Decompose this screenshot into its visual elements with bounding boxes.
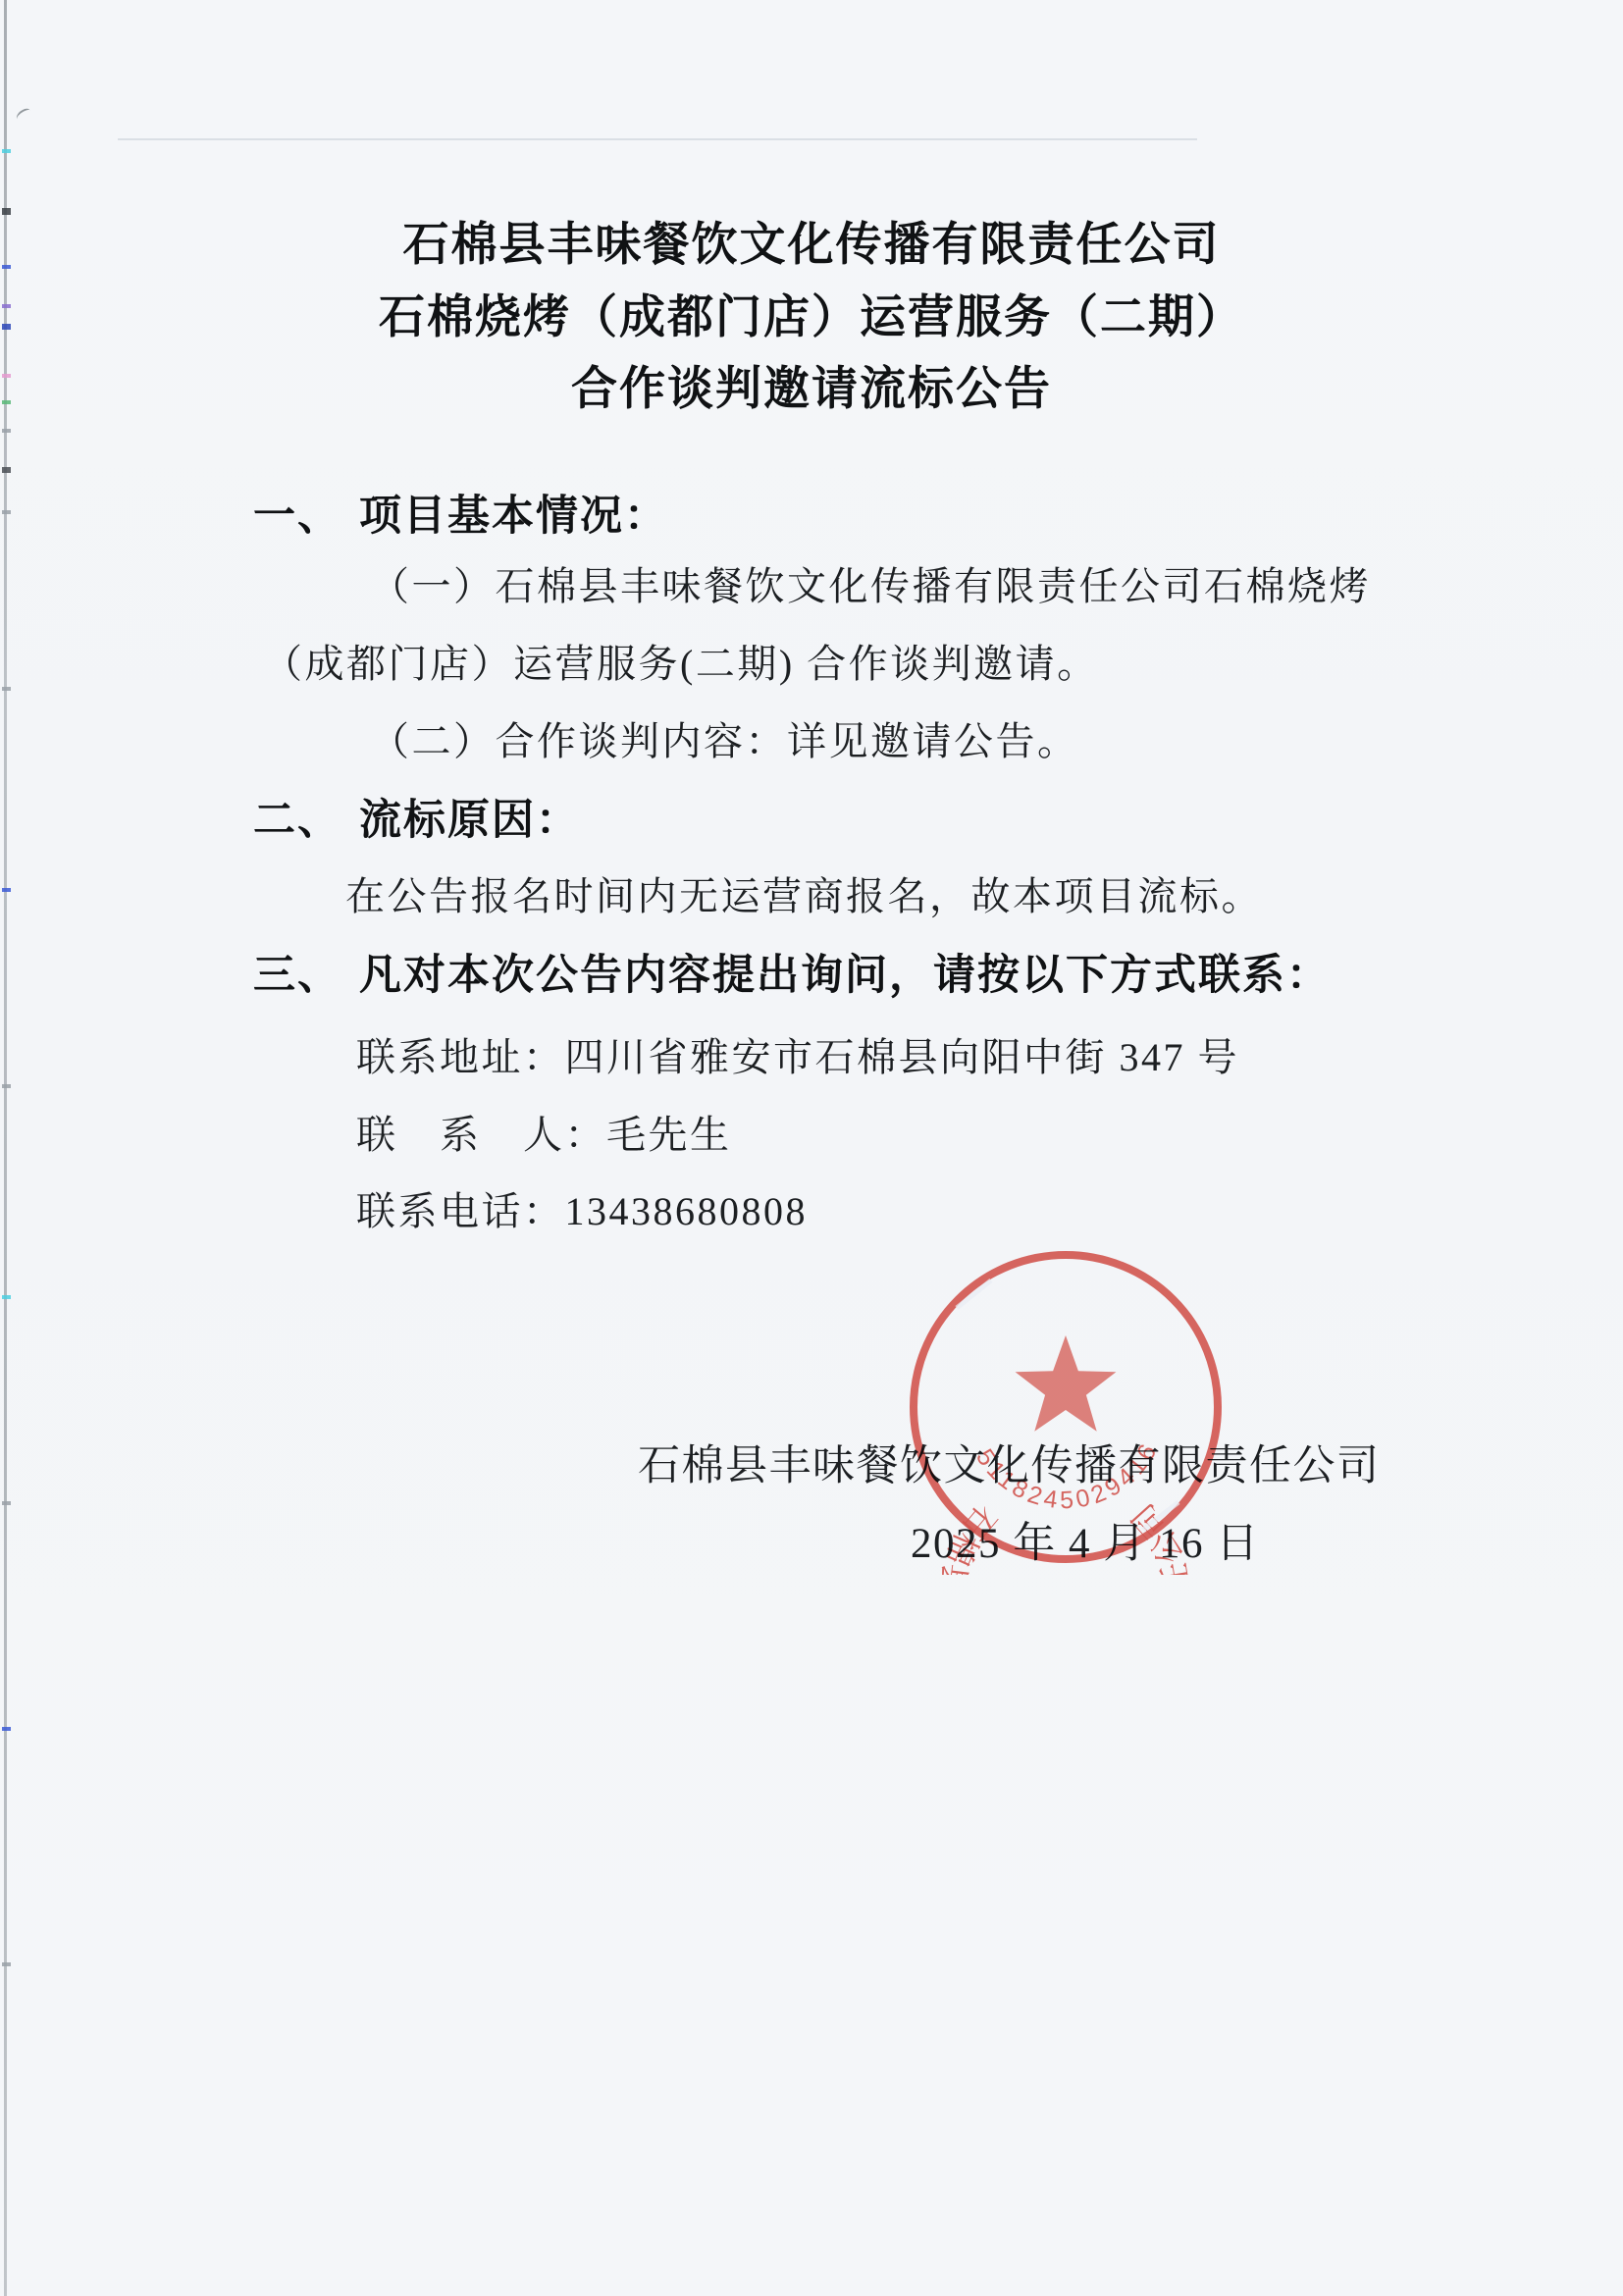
document-title-line1: 石棉县丰味餐饮文化传播有限责任公司 [0,208,1623,274]
section2-title: 流标原因： [359,797,580,844]
scan-artifact-tick [2,1727,11,1731]
svg-text:5118245029416: 5118245029416 [970,1436,1164,1514]
seal-serial-number: 5118245029416 [970,1436,1164,1514]
scan-artifact-tick [2,888,11,892]
contact-person: 联 系 人：毛先生 [356,1104,732,1160]
company-seal-stamp: 石棉县丰味餐饮文化传播有限责任公司 5118245029416 [898,1239,1233,1575]
contact-address: 联系地址：四川省雅安市石棉县向阳中街 347 号 [356,1026,1239,1082]
section2-number: 二、 [253,787,341,847]
document-title-line3: 合作谈判邀请流标公告 [0,352,1623,418]
paragraph-2: （二）合作谈判内容：详见邀请公告。 [370,710,1079,766]
scan-artifact-tick [2,1962,11,1966]
section2-heading: 二、流标原因： [253,787,580,847]
scan-artifact-mark [15,107,33,123]
scan-artifact-tick [2,1295,11,1299]
scan-artifact-tick [2,429,11,433]
seal-star-icon [1016,1335,1117,1432]
contact-phone: 联系电话：13438680808 [356,1180,808,1236]
section1-title: 项目基本情况： [359,493,668,540]
document-page: 石棉县丰味餐饮文化传播有限责任公司 石棉烧烤（成都门店）运营服务（二期） 合作谈… [0,0,1623,2296]
scan-artifact-tick [2,687,11,691]
scan-artifact-tick [2,1501,11,1505]
scan-artifact-tick [2,510,11,514]
section3-number: 三、 [253,942,341,1002]
section1-heading: 一、项目基本情况： [253,483,668,543]
scan-artifact-tick [2,467,11,473]
scan-artifact-streak [118,138,1197,140]
scan-artifact-tick [2,149,11,153]
paragraph-1-line2: （成都门店）运营服务(二期) 合作谈判邀请。 [263,633,1099,689]
document-title-line2: 石棉烧烤（成都门店）运营服务（二期） [0,281,1623,346]
section3-title: 凡对本次公告内容提出询问，请按以下方式联系： [359,952,1331,999]
paragraph-3: 在公告报名时间内无运营商报名，故本项目流标。 [345,865,1263,921]
scan-artifact-tick [2,1084,11,1088]
paragraph-1-line1: （一）石棉县丰味餐饮文化传播有限责任公司石棉烧烤 [370,555,1371,611]
section1-number: 一、 [253,483,341,543]
section3-heading: 三、凡对本次公告内容提出询问，请按以下方式联系： [253,942,1331,1002]
